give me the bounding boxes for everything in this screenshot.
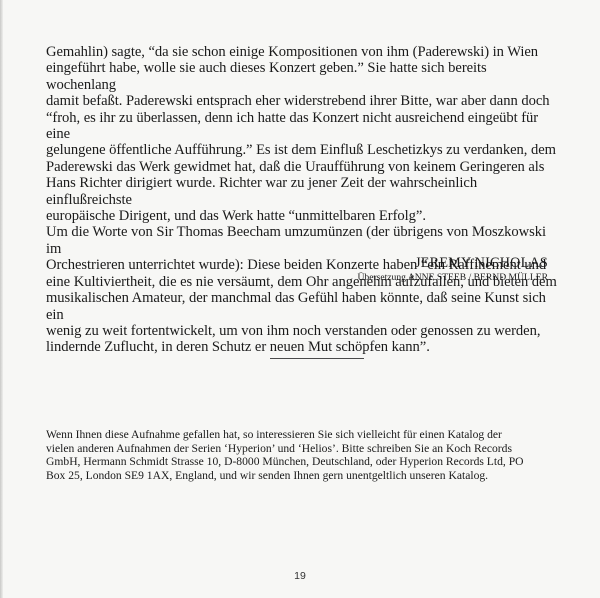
section-divider xyxy=(270,358,364,359)
signature-block: JEREMY NICHOLAS Übersetzung ANNE STEEB /… xyxy=(357,255,548,284)
page-edge-shadow xyxy=(0,0,3,598)
translation-credit: Übersetzung ANNE STEEB / BERND MÜLLER xyxy=(357,272,548,284)
page-number: 19 xyxy=(0,570,600,582)
body-text: Gemahlin) sagte, “da sie schon einige Ko… xyxy=(46,44,558,356)
paragraph-beecham-quote: Um die Worte von Sir Thomas Beecham umzu… xyxy=(46,224,558,355)
author-name: JEREMY NICHOLAS xyxy=(357,255,548,271)
catalog-note: Wenn Ihnen diese Aufnahme gefallen hat, … xyxy=(46,428,558,482)
paragraph-premiere: Gemahlin) sagte, “da sie schon einige Ko… xyxy=(46,44,558,224)
